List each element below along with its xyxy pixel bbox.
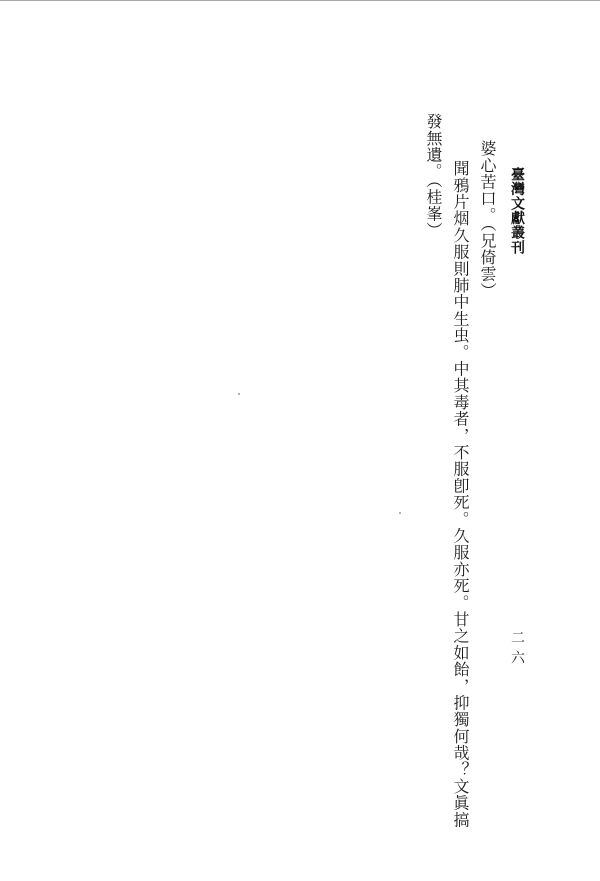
scan-speck xyxy=(238,393,240,395)
scan-speck xyxy=(399,512,401,514)
top-border-line xyxy=(0,0,600,1)
text-line-3: 發無遺。（桂峯） xyxy=(422,113,444,239)
running-header: 臺灣文獻叢刊 xyxy=(508,167,526,255)
text-line-1: 婆心苦口。（兄倚雲） xyxy=(476,140,498,299)
page-number: 二六 xyxy=(508,630,526,670)
text-line-2: 聞鴉片烟久服則肺中生虫。中其毒者，不服卽死。久服亦死。甘之如飴，抑獨何哉？文眞搞 xyxy=(449,160,471,828)
